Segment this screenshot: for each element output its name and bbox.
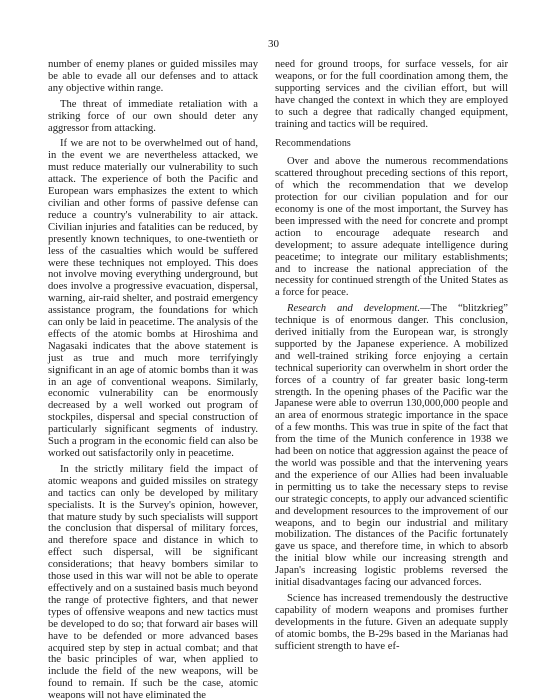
runin-heading: Research and development. [287, 303, 420, 314]
section-heading-recommendations: Recommendations [275, 138, 508, 150]
paragraph-recommendations: Over and above the numerous recommendati… [275, 156, 508, 299]
paragraph-research-development: Research and development.—The “blitzkrie… [275, 303, 508, 589]
paragraph-military-field: In the strictly military field the impac… [48, 464, 258, 700]
paragraph-science: Science has increased tremendously the d… [275, 593, 508, 653]
paragraph-vulnerability: If we are not to be overwhelmed out of h… [48, 138, 258, 459]
page-number: 30 [0, 38, 547, 50]
paragraph-continuation: number of enemy planes or guided missile… [48, 59, 258, 95]
paragraph-body: —The “blitzkrieg” technique is of enormo… [275, 303, 508, 588]
left-column: number of enemy planes or guided missile… [48, 59, 258, 700]
right-column: need for ground troops, for surface vess… [275, 59, 508, 657]
paragraph-retaliation: The threat of immediate retaliation with… [48, 99, 258, 135]
paragraph-continuation: need for ground troops, for surface vess… [275, 59, 508, 130]
